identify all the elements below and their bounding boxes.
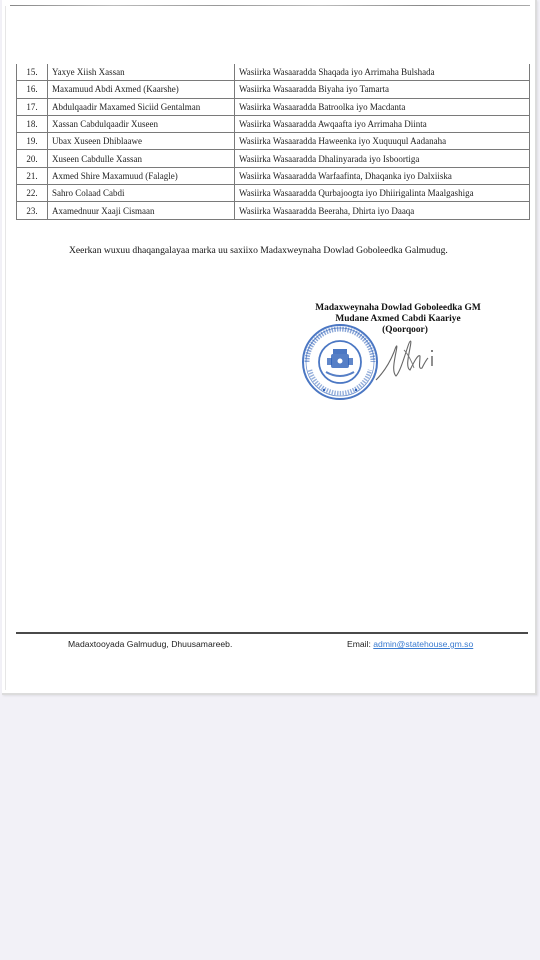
footer-address: Madaxtooyada Galmudug, Dhuusamareeb. (68, 639, 232, 649)
minister-name: Axamednuur Xaaji Cismaan (48, 202, 235, 219)
minister-role: Wasiirka Wasaaradda Batroolka iyo Macdan… (235, 98, 530, 115)
footer-divider (16, 632, 528, 634)
minister-name: Abdulqaadir Maxamed Siciid Gentalman (48, 98, 235, 115)
table-row: 21.Axmed Shire Maxamuud (Falagle)Wasiirk… (17, 167, 530, 184)
table-row: 16.Maxamuud Abdi Axmed (Kaarshe)Wasiirka… (17, 81, 530, 98)
table-row: 20.Xuseen Cabdulle XassanWasiirka Wasaar… (17, 150, 530, 167)
document-page: 15.Yaxye Xiish XassanWasiirka Wasaaradda… (2, 0, 537, 695)
ministers-table: 15.Yaxye Xiish XassanWasiirka Wasaaradda… (16, 64, 530, 220)
email-link[interactable]: admin@statehouse.gm.so (373, 639, 473, 649)
row-number: 23. (17, 202, 48, 219)
page-margin-line (5, 6, 6, 690)
signatory-title: Madaxweynaha Dowlad Goboleedka GM (288, 303, 508, 314)
row-number: 22. (17, 185, 48, 202)
minister-role: Wasiirka Wasaaradda Biyaha iyo Tamarta (235, 81, 530, 98)
minister-role: Wasiirka Wasaaradda Shaqada iyo Arrimaha… (235, 64, 530, 81)
minister-role: Wasiirka Wasaaradda Haweenka iyo Xuquuqu… (235, 133, 530, 150)
row-number: 20. (17, 150, 48, 167)
footer-email: Email: admin@statehouse.gm.so (347, 639, 473, 649)
minister-role: Wasiirka Wasaaradda Awqaafta iyo Arrimah… (235, 115, 530, 132)
row-number: 17. (17, 98, 48, 115)
row-number: 19. (17, 133, 48, 150)
table-row: 18.Xassan Cabdulqaadir XuseenWasiirka Wa… (17, 115, 530, 132)
row-number: 15. (17, 64, 48, 81)
minister-role: Wasiirka Wasaaradda Beeraha, Dhirta iyo … (235, 202, 530, 219)
minister-role: Wasiirka Wasaaradda Dhalinyarada iyo Isb… (235, 150, 530, 167)
official-seal-icon (300, 322, 380, 402)
minister-name: Sahro Colaad Cabdi (48, 185, 235, 202)
minister-name: Axmed Shire Maxamuud (Falagle) (48, 167, 235, 184)
minister-name: Ubax Xuseen Dhiblaawe (48, 133, 235, 150)
minister-role: Wasiirka Wasaaradda Qurbajoogta iyo Dhii… (235, 185, 530, 202)
enactment-statement: Xeerkan wuxuu dhaqangalayaa marka uu sax… (69, 245, 448, 256)
email-label: Email: (347, 639, 373, 649)
minister-name: Yaxye Xiish Xassan (48, 64, 235, 81)
minister-name: Xassan Cabdulqaadir Xuseen (48, 115, 235, 132)
previous-page-edge (10, 5, 530, 6)
row-number: 16. (17, 81, 48, 98)
table-row: 17.Abdulqaadir Maxamed Siciid GentalmanW… (17, 98, 530, 115)
minister-name: Maxamuud Abdi Axmed (Kaarshe) (48, 81, 235, 98)
table-row: 15.Yaxye Xiish XassanWasiirka Wasaaradda… (17, 64, 530, 81)
table-row: 23.Axamednuur Xaaji CismaanWasiirka Wasa… (17, 202, 530, 219)
table-row: 19.Ubax Xuseen DhiblaaweWasiirka Wasaara… (17, 133, 530, 150)
minister-role: Wasiirka Wasaaradda Warfaafinta, Dhaqank… (235, 167, 530, 184)
row-number: 21. (17, 167, 48, 184)
row-number: 18. (17, 115, 48, 132)
table-row: 22.Sahro Colaad CabdiWasiirka Wasaaradda… (17, 185, 530, 202)
minister-name: Xuseen Cabdulle Xassan (48, 150, 235, 167)
handwritten-signature-icon (374, 332, 454, 384)
